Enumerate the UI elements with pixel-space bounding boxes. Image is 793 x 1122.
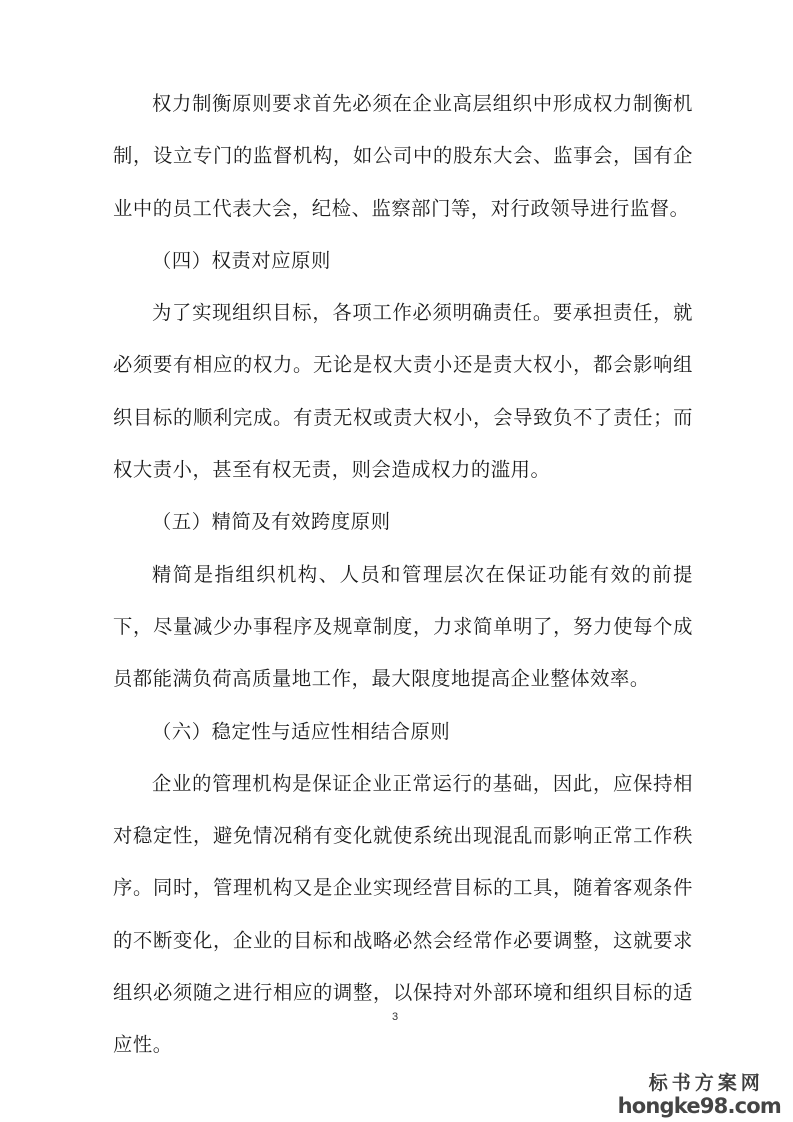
watermark-domain-text: hongke98.com [618,1094,781,1118]
heading-section-5: （五）精简及有效跨度原则 [113,496,693,548]
paragraph-streamlining: 精简是指组织机构、人员和管理层次在保证功能有效的前提下，尽量减少办事程序及规章制… [113,549,693,706]
paragraph-stability-adaptability: 企业的管理机构是保证企业正常运行的基础，因此，应保持相对稳定性，避免情况稍有变化… [113,758,693,1072]
heading-section-6: （六）稳定性与适应性相结合原则 [113,706,693,758]
page-number: 3 [392,1011,398,1023]
heading-section-4: （四）权责对应原则 [113,235,693,287]
watermark-chinese-text: 标书方案网 [632,1072,781,1094]
paragraph-authority-responsibility: 为了实现组织目标，各项工作必须明确责任。要承担责任，就必须要有相应的权力。无论是… [113,287,693,496]
watermark-logo: 标书方案网 hongke98.com [618,1072,781,1118]
paragraph-power-balance: 权力制衡原则要求首先必须在企业高层组织中形成权力制衡机制，设立专门的监督机构，如… [113,78,693,235]
document-page: 权力制衡原则要求首先必须在企业高层组织中形成权力制衡机制，设立专门的监督机构，如… [113,78,693,1072]
